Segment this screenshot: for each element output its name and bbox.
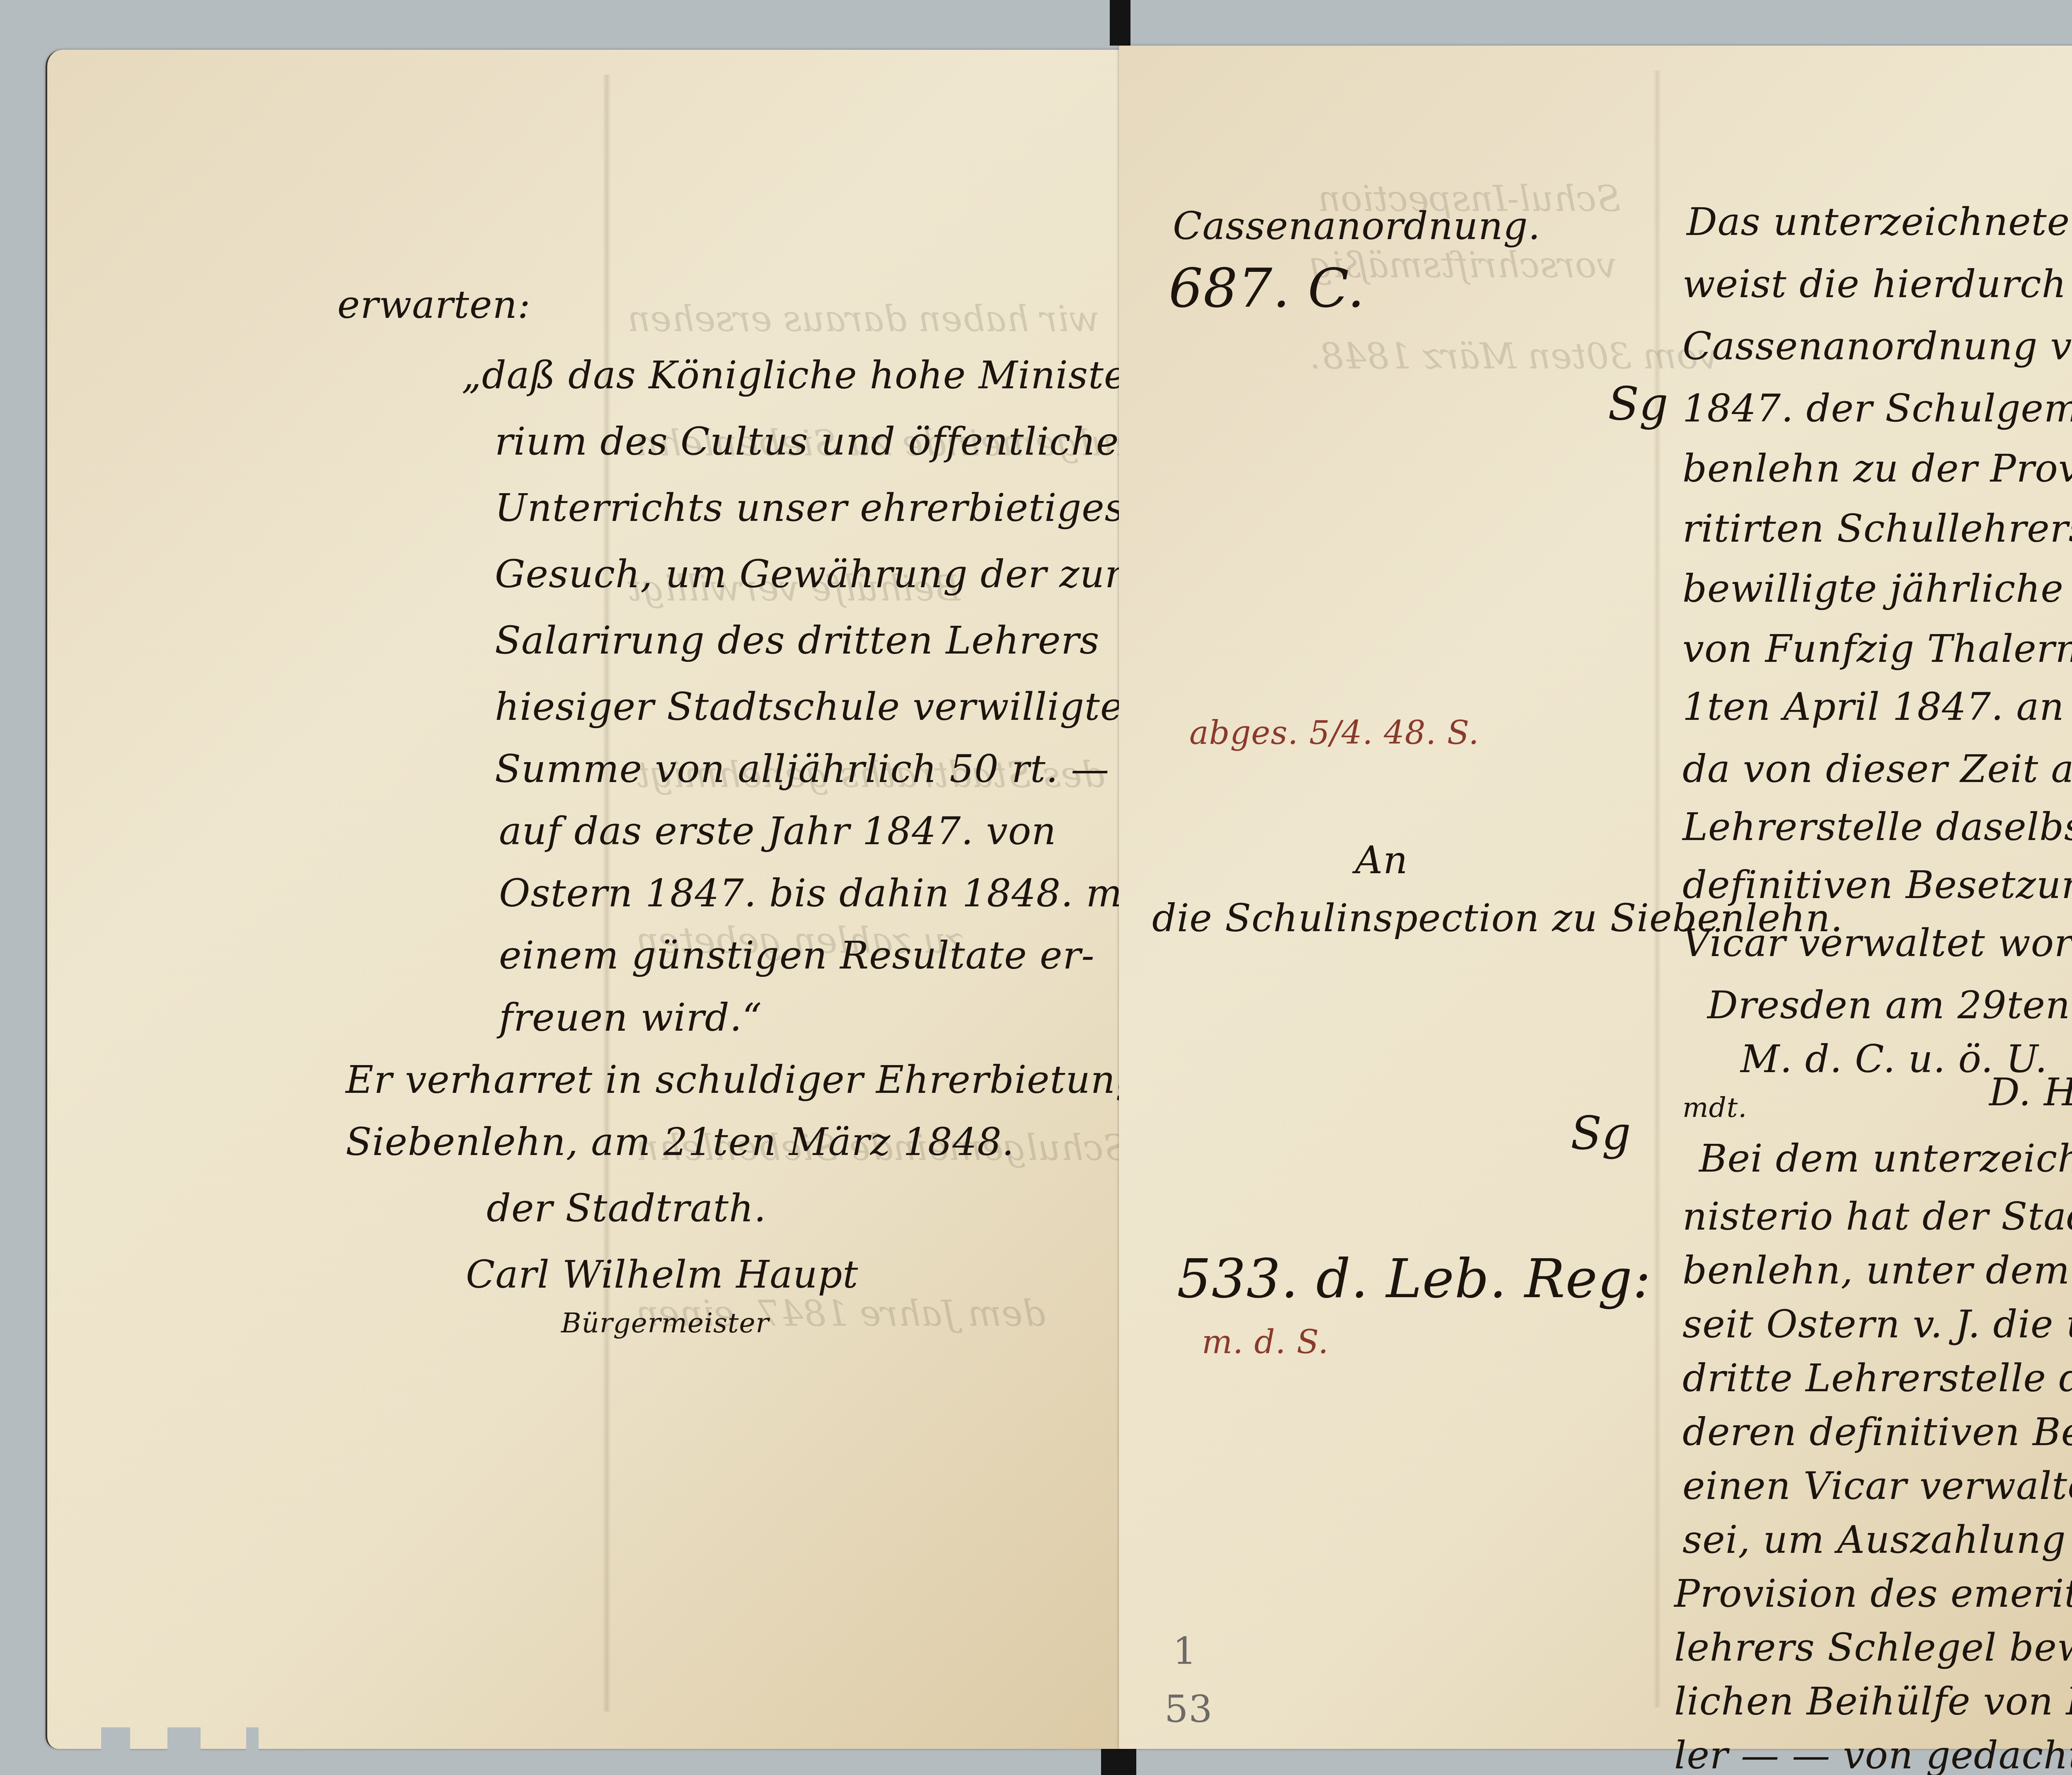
text-line: 1847. der Schulgemeinde zu Sie-: [1682, 390, 2072, 428]
text-line: rium des Cultus und öffentlichen: [495, 423, 1144, 461]
text-line: Lehrerstelle daselbst bis zu deren: [1682, 808, 2072, 846]
text-line: Cassenanordnung vom 28ten Januar: [1682, 327, 2072, 366]
text-line: Gesuch, um Gewährung der zur: [495, 555, 1123, 593]
closing-line: Er verharret in schuldiger Ehrerbietung: [346, 1061, 1140, 1099]
pencil-mark: 53: [1164, 1691, 1213, 1728]
text-line: benlehn zu der Provision des eme-: [1682, 450, 2072, 488]
side-note: mdt.: [1682, 1094, 1747, 1121]
text-line: Ostern 1847. bis dahin 1848. mit: [499, 874, 1151, 913]
text-line: dritte Lehrerstelle daselbst bis zu: [1682, 1359, 2072, 1397]
text-line: benlehn, unter dem Anführen daß: [1682, 1252, 2072, 1290]
text-line: sei, um Auszahlung der zu der: [1682, 1521, 2072, 1559]
text-line: ler — — von gedachter Zeit an: [1674, 1736, 2072, 1775]
paraph-mark: Sg: [1571, 1107, 1631, 1160]
text-line: nisterio hat der Stadtrath zu Sie-: [1682, 1198, 2072, 1236]
text-line: lichen Beihülfe von Funfzig Tha-: [1674, 1683, 2072, 1721]
right-page: 13. Schul-Inspection vorschriftsmäßig vo…: [1119, 46, 2072, 1749]
red-note: m. d. S.: [1202, 1326, 1329, 1358]
text-line: Salarirung des dritten Lehrers: [495, 622, 1100, 660]
text-line: „daß das Königliche hohe Ministe-: [462, 356, 1140, 395]
signature-body: der Stadtrath.: [487, 1189, 767, 1228]
date-line: Dresden am 29ten März 1848.: [1707, 986, 2072, 1024]
order-number: 687. C.: [1169, 261, 1365, 315]
text-line: einem günstigen Resultate er-: [499, 937, 1094, 975]
pencil-mark: 1: [1173, 1633, 1197, 1670]
signature-title: Bürgermeister: [561, 1310, 769, 1337]
dispatch-note: abges. 5/4. 48. S.: [1189, 717, 1479, 749]
text-line: da von dieser Zeit an die dritte: [1682, 750, 2072, 788]
text-line: 1ten April 1847. an auszuzahlen,: [1682, 688, 2072, 726]
address-an: An: [1355, 841, 1408, 879]
text-line: einen Vicar verwaltet worden: [1682, 1467, 2072, 1505]
text-line: Provision des emeritirten Schul-: [1674, 1575, 2072, 1613]
text-line: Unterrichts unser ehrerbietiges: [495, 489, 1125, 527]
text-line: Das unterzeichnete Ministerium: [1687, 203, 2072, 241]
text-line: definitiven Besetzung durch einen: [1682, 866, 2072, 904]
registry-number: 533. d. Leb. Reg:: [1177, 1252, 1651, 1305]
place-date-line: Siebenlehn, am 21ten März 1848.: [346, 1123, 1014, 1161]
text-line: bewilligte jährliche Beihülfe: [1682, 570, 2072, 608]
text-line: Vicar verwaltet worden ist.: [1682, 924, 2072, 962]
signature-name: Carl Wilhelm Haupt: [466, 1256, 858, 1294]
text-line: Bei dem unterzeichneten Mi-: [1699, 1140, 2072, 1178]
text-line: erwarten:: [337, 286, 531, 324]
paraph-mark: Sg: [1608, 377, 1668, 430]
text-line: freuen wird.“: [499, 999, 762, 1037]
binding-strip: [1110, 0, 1130, 46]
left-page: wir haben daraus ersehen Schulgemeinde z…: [46, 50, 1125, 1749]
signature: D. Hubel: [1989, 1073, 2072, 1111]
text-line: hiesiger Stadtschule verwilligten: [495, 688, 1148, 726]
text-line: Summe von alljährlich 50 rt. —: [495, 750, 1109, 788]
text-line: auf das erste Jahr 1847. von: [499, 812, 1056, 850]
text-line: deren definitiven Besetzung durch: [1682, 1413, 2072, 1451]
column-fold: [1653, 70, 1661, 1707]
text-line: ritirten Schullehrers Schlegel: [1682, 510, 2072, 548]
text-line: weist die hierdurch an, die durch: [1682, 265, 2072, 303]
text-line: seit Ostern v. J. die unerrichtete: [1682, 1305, 2072, 1344]
text-line: lehrers Schlegel bewilligten jähr-: [1674, 1629, 2072, 1667]
text-line: von Funfzig Thalern — — vom: [1682, 630, 2072, 668]
margin-heading: Cassenanordnung.: [1173, 207, 1541, 245]
